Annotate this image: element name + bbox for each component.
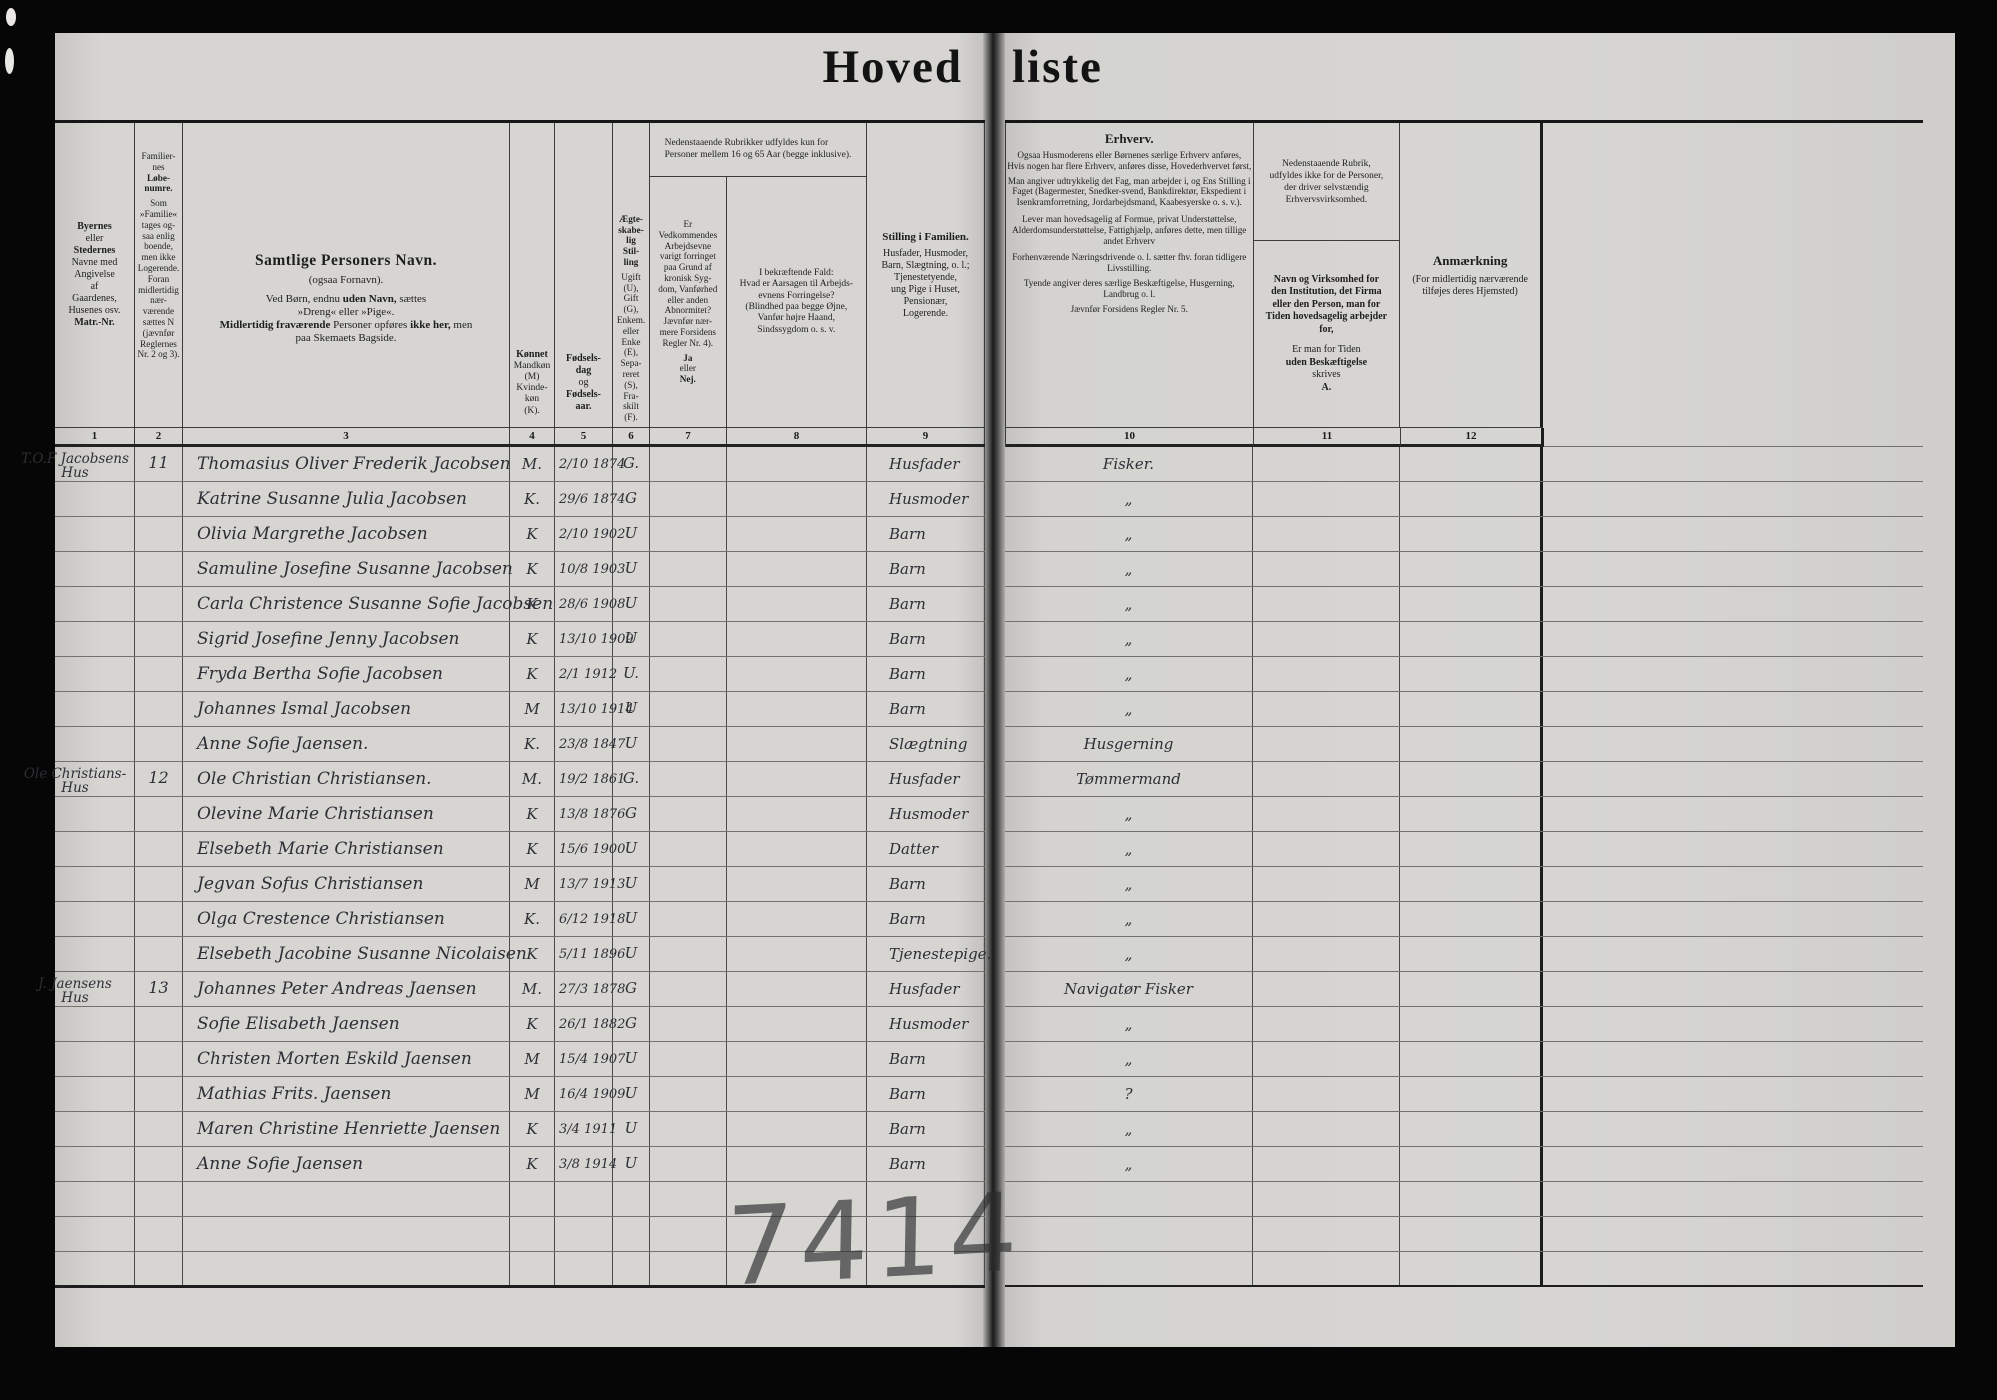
column-number: 4: [510, 428, 555, 444]
table-header-left: Byernes eller Stedernes Navne med Angive…: [55, 120, 985, 428]
cell-occupation: „: [1005, 692, 1253, 726]
cell-employer: [1253, 447, 1400, 481]
cell-name: Elsebeth Jacobine Susanne Nicolaisen: [183, 937, 510, 971]
cell-family-number: 12: [135, 762, 183, 796]
cell-family-position: Barn: [867, 867, 985, 901]
cell-impairment-cause: [727, 937, 867, 971]
cell-employer: [1253, 552, 1400, 586]
header-text: Fødsels- dag: [566, 353, 601, 377]
cell-family-position: Barn: [867, 517, 985, 551]
table-row-right: „: [1005, 867, 1923, 902]
cell-marital-status: G: [613, 972, 650, 1006]
header-col-occupation: Erhverv. Ogsaa Husmoderens eller Børnene…: [1006, 123, 1254, 427]
cell-name: Samuline Josefine Susanne Jacobsen: [183, 552, 510, 586]
cell-family-number: [135, 1147, 183, 1181]
header-text: Hvis nogen har flere Erhverv, anføres di…: [1007, 161, 1251, 172]
cell-work-impairment: [650, 622, 727, 656]
header-text: Husfader, Husmoder, Barn, Slægtning, o. …: [881, 248, 969, 320]
header-text: Løbe- numre.: [144, 173, 172, 195]
table-row-right: „: [1005, 902, 1923, 937]
cell-birthdate: 15/6 1900: [555, 832, 613, 866]
cell-work-impairment: [650, 517, 727, 551]
cell-name: Sigrid Josefine Jenny Jacobsen: [183, 622, 510, 656]
cell-impairment-cause: [727, 1042, 867, 1076]
table-row-right: [1005, 1217, 1923, 1252]
cell-family-number: [135, 482, 183, 516]
cell-sex: K: [510, 517, 555, 551]
cell-birthdate: 29/6 1874: [555, 482, 613, 516]
cell-name: Johannes Ismal Jacobsen: [183, 692, 510, 726]
cell-impairment-cause: [727, 657, 867, 691]
header-col-birthdate: Fødsels- dag og Fødsels- aar.: [555, 123, 613, 427]
cell-birthdate: 13/10 1914: [555, 692, 613, 726]
cell-remarks: [1400, 447, 1543, 481]
cell-employer: [1253, 762, 1400, 796]
column-number: 5: [555, 428, 613, 444]
table-row-right: „: [1005, 692, 1923, 727]
cell-employer: [1253, 1252, 1400, 1286]
cell-place: [55, 937, 135, 971]
column-number: 1: [55, 428, 135, 444]
cell-place: [55, 1077, 135, 1111]
cell-remarks: [1400, 1217, 1543, 1251]
cell-name: Christen Morten Eskild Jaensen: [183, 1042, 510, 1076]
cell-work-impairment: [650, 1182, 727, 1216]
cell-sex: K.: [510, 727, 555, 761]
table-row-left: Ole Christians- Hus 12 Ole Christian Chr…: [55, 762, 985, 797]
cell-remarks: [1400, 797, 1543, 831]
cell-place: [55, 1217, 135, 1251]
cell-place: [55, 1007, 135, 1041]
cell-work-impairment: [650, 1042, 727, 1076]
cell-sex: K: [510, 622, 555, 656]
cell-place: [55, 552, 135, 586]
cell-employer: [1253, 832, 1400, 866]
cell-work-impairment: [650, 692, 727, 726]
cell-work-impairment: [650, 447, 727, 481]
header-text: og: [579, 377, 589, 389]
header-col-family-number: Familier- nes Løbe- numre. Som »Familie«…: [135, 123, 183, 427]
cell-impairment-cause: [727, 867, 867, 901]
cell-place: [55, 1042, 135, 1076]
margin-area: [1543, 552, 1923, 586]
cell-remarks: [1400, 1252, 1543, 1286]
cell-family-number: [135, 1182, 183, 1216]
cell-work-impairment: [650, 727, 727, 761]
cell-sex: K: [510, 937, 555, 971]
cell-place: [55, 727, 135, 761]
cell-occupation: „: [1005, 482, 1253, 516]
film-speck: [6, 8, 16, 26]
cell-employer: [1253, 727, 1400, 761]
cell-remarks: [1400, 482, 1543, 516]
cell-employer: [1253, 517, 1400, 551]
header-text: Er Vedkommendes Arbejdsevne varigt forri…: [658, 219, 717, 349]
margin-area: [1543, 447, 1923, 481]
table-row-right: „: [1005, 482, 1923, 517]
cell-family-position: Barn: [867, 1112, 985, 1146]
cell-birthdate: [555, 1182, 613, 1216]
cell-work-impairment: [650, 1007, 727, 1041]
table-row-right: „: [1005, 832, 1923, 867]
cell-family-number: [135, 622, 183, 656]
table-row-right: „: [1005, 797, 1923, 832]
table-row-left: Olga Crestence Christiansen K. 6/12 1918…: [55, 902, 985, 937]
cell-impairment-cause: [727, 727, 867, 761]
cell-employer: [1253, 482, 1400, 516]
margin-area: [1543, 1042, 1923, 1076]
margin-area: [1543, 972, 1923, 1006]
cell-name: Elsebeth Marie Christiansen: [183, 832, 510, 866]
page-title-right: liste: [1012, 40, 1103, 94]
cell-employer: [1253, 1007, 1400, 1041]
table-row-right: „: [1005, 937, 1923, 972]
cell-remarks: [1400, 692, 1543, 726]
header-col-impairment-cause: I bekræftende Fald: Hvad er Aarsagen til…: [727, 177, 866, 427]
cell-remarks: [1400, 832, 1543, 866]
cell-family-number: [135, 1007, 183, 1041]
cell-work-impairment: [650, 937, 727, 971]
cell-work-impairment: [650, 902, 727, 936]
cell-name: Thomasius Oliver Frederik Jacobsen: [183, 447, 510, 481]
cell-marital-status: U: [613, 867, 650, 901]
cell-place: [55, 832, 135, 866]
cell-place: [55, 622, 135, 656]
header-text: Tyende angiver deres særlige Beskæftigel…: [1006, 278, 1253, 300]
header-text: skrives: [1312, 369, 1340, 382]
cell-occupation: [1005, 1182, 1253, 1216]
cell-remarks: [1400, 867, 1543, 901]
table-header-right: Erhverv. Ogsaa Husmoderens eller Børnene…: [1005, 123, 1543, 428]
margin-area: [1543, 692, 1923, 726]
header-col-remarks: Anmærkning (For midlertidig nærværende t…: [1400, 123, 1543, 427]
cell-place: [55, 482, 135, 516]
cell-impairment-cause: [727, 972, 867, 1006]
table-row-right: „: [1005, 1112, 1923, 1147]
cell-work-impairment: [650, 832, 727, 866]
cell-work-impairment: [650, 1217, 727, 1251]
cell-remarks: [1400, 727, 1543, 761]
cell-name: Fryda Bertha Sofie Jacobsen: [183, 657, 510, 691]
cell-place: [55, 867, 135, 901]
header-group-note: Nedenstaaende Rubrik, udfyldes ikke for …: [1254, 123, 1400, 241]
cell-family-position: Barn: [867, 902, 985, 936]
cell-impairment-cause: [727, 447, 867, 481]
column-numbers-left: 1 2 3 4 5 6 7 8 9: [55, 428, 985, 447]
cell-marital-status: U: [613, 727, 650, 761]
table-row-right: „: [1005, 1007, 1923, 1042]
margin-area: [1543, 1217, 1923, 1251]
cell-place: J. Jaensens Hus: [55, 972, 135, 1006]
cell-impairment-cause: [727, 482, 867, 516]
cell-birthdate: 6/12 1918: [555, 902, 613, 936]
cell-family-position: Barn: [867, 587, 985, 621]
cell-name: Maren Christine Henriette Jaensen: [183, 1112, 510, 1146]
cell-remarks: [1400, 517, 1543, 551]
cell-family-number: [135, 727, 183, 761]
cell-remarks: [1400, 587, 1543, 621]
table-row-left: Carla Christence Susanne Sofie Jacobsen …: [55, 587, 985, 622]
cell-marital-status: G: [613, 482, 650, 516]
cell-marital-status: G.: [613, 762, 650, 796]
cell-work-impairment: [650, 657, 727, 691]
cell-sex: M.: [510, 447, 555, 481]
header-text: Som »Familie« tages og- saa enlig boende…: [137, 198, 179, 360]
column-number: 6: [613, 428, 650, 444]
cell-employer: [1253, 1077, 1400, 1111]
margin-area: [1543, 1007, 1923, 1041]
cell-remarks: [1400, 937, 1543, 971]
header-text: I bekræftende Fald: Hvad er Aarsagen til…: [740, 268, 853, 336]
header-text: Ved Børn, endnu uden Navn, sættes: [266, 293, 426, 306]
cell-impairment-cause: [727, 692, 867, 726]
table-row-left: Katrine Susanne Julia Jacobsen K. 29/6 1…: [55, 482, 985, 517]
header-text: Man angiver udtrykkelig det Fag, man arb…: [1006, 176, 1253, 208]
cell-occupation: „: [1005, 517, 1253, 551]
margin-area: [1543, 1077, 1923, 1111]
header-text: Stilling i Familien.: [882, 231, 968, 244]
cell-work-impairment: [650, 762, 727, 796]
cell-family-position: Barn: [867, 552, 985, 586]
cell-employer: [1253, 867, 1400, 901]
cell-name: [183, 1252, 510, 1286]
cell-marital-status: U: [613, 902, 650, 936]
cell-family-position: Barn: [867, 657, 985, 691]
header-text: Erhverv.: [1105, 131, 1154, 146]
cell-remarks: [1400, 762, 1543, 796]
header-text: uden Beskæftigelse: [1286, 357, 1367, 370]
cell-work-impairment: [650, 867, 727, 901]
table-row-left: Mathias Frits. Jaensen M 16/4 1909 U Bar…: [55, 1077, 985, 1112]
column-numbers-right: 10 11 12: [1005, 428, 1923, 447]
cell-place: [55, 692, 135, 726]
header-text: (ogsaa Fornavn).: [309, 274, 384, 287]
table-row-left: J. Jaensens Hus 13 Johannes Peter Andrea…: [55, 972, 985, 1007]
header-text: Midlertidig fraværende Personer opføres …: [220, 319, 473, 332]
cell-birthdate: 26/1 1882: [555, 1007, 613, 1041]
cell-sex: K: [510, 1112, 555, 1146]
header-text: Ja: [683, 353, 692, 364]
table-row-left: Anne Sofie Jaensen K 3/8 1914 U Barn: [55, 1147, 985, 1182]
cell-family-number: [135, 902, 183, 936]
table-row-left: Samuline Josefine Susanne Jacobsen K 10/…: [55, 552, 985, 587]
margin-area: [1543, 587, 1923, 621]
cell-family-number: [135, 1217, 183, 1251]
cell-marital-status: G: [613, 797, 650, 831]
margin-area: [1543, 1112, 1923, 1146]
header-text: Er man for Tiden: [1292, 344, 1361, 357]
header-text: (For midlertidig nærværende tilføjes der…: [1412, 274, 1528, 298]
cell-employer: [1253, 1182, 1400, 1216]
cell-birthdate: 2/1 1912: [555, 657, 613, 691]
header-text: Navne med Angivelse af Gaardenes, Husene…: [68, 257, 120, 317]
margin-area: [1543, 657, 1923, 691]
cell-sex: K: [510, 797, 555, 831]
margin-area: [1543, 517, 1923, 551]
cell-impairment-cause: [727, 517, 867, 551]
cell-place: Ole Christians- Hus: [55, 762, 135, 796]
cell-place: [55, 902, 135, 936]
cell-occupation: ?: [1005, 1077, 1253, 1111]
cell-marital-status: U: [613, 587, 650, 621]
cell-occupation: [1005, 1252, 1253, 1286]
cell-marital-status: U: [613, 622, 650, 656]
header-col-work-impairment: Er Vedkommendes Arbejdsevne varigt forri…: [650, 177, 727, 427]
cell-employer: [1253, 1147, 1400, 1181]
cell-remarks: [1400, 902, 1543, 936]
margin-area: [1543, 797, 1923, 831]
cell-work-impairment: [650, 587, 727, 621]
cell-family-position: Barn: [867, 1042, 985, 1076]
cell-occupation: Navigatør Fisker: [1005, 972, 1253, 1006]
cell-family-number: 13: [135, 972, 183, 1006]
cell-family-number: [135, 1252, 183, 1286]
column-number: 10: [1006, 428, 1254, 447]
cell-employer: [1253, 1042, 1400, 1076]
cell-occupation: „: [1005, 1112, 1253, 1146]
cell-sex: K: [510, 1007, 555, 1041]
cell-name: Olga Crestence Christiansen: [183, 902, 510, 936]
cell-family-position: Husfader: [867, 447, 985, 481]
cell-occupation: „: [1005, 1042, 1253, 1076]
margin-area: [1543, 762, 1923, 796]
cell-marital-status: U: [613, 552, 650, 586]
cell-impairment-cause: [727, 1147, 867, 1181]
cell-work-impairment: [650, 552, 727, 586]
table-body-left: T.O.F Jacobsens Hus 11 Thomasius Oliver …: [55, 447, 985, 1287]
header-group-work-ability: Nedenstaaende Rubrikker udfyldes kun for…: [650, 123, 867, 427]
cell-family-number: [135, 1077, 183, 1111]
cell-occupation: „: [1005, 797, 1253, 831]
cell-work-impairment: [650, 1252, 727, 1286]
header-text: Stedernes: [74, 245, 116, 257]
table-row-right: ?: [1005, 1077, 1923, 1112]
cell-marital-status: U: [613, 832, 650, 866]
cell-work-impairment: [650, 1077, 727, 1111]
cell-name: Ole Christian Christiansen.: [183, 762, 510, 796]
header-text: Anmærkning: [1433, 253, 1507, 268]
cell-birthdate: 3/8 1914: [555, 1147, 613, 1181]
header-text: eller: [86, 233, 104, 245]
header-text: Ogsaa Husmoderens eller Børnenes særlige…: [1017, 150, 1241, 161]
cell-family-number: 11: [135, 447, 183, 481]
cell-occupation: „: [1005, 867, 1253, 901]
cell-marital-status: [613, 1182, 650, 1216]
column-number: 12: [1401, 428, 1544, 447]
cell-marital-status: U: [613, 1077, 650, 1111]
cell-marital-status: U: [613, 937, 650, 971]
cell-birthdate: 13/8 1876: [555, 797, 613, 831]
table-row-right: Fisker.: [1005, 447, 1923, 482]
cell-occupation: „: [1005, 832, 1253, 866]
margin-area: [1543, 1182, 1923, 1216]
cell-family-position: Slægtning: [867, 727, 985, 761]
cell-sex: K: [510, 657, 555, 691]
header-text: Navn og Virksomhed for den Institution, …: [1266, 274, 1387, 337]
cell-remarks: [1400, 972, 1543, 1006]
table-row-right: „: [1005, 587, 1923, 622]
table-row-left: Jegvan Sofus Christiansen M 13/7 1913 U …: [55, 867, 985, 902]
table-row-left: Sigrid Josefine Jenny Jacobsen K 13/10 1…: [55, 622, 985, 657]
cell-name: Jegvan Sofus Christiansen: [183, 867, 510, 901]
cell-birthdate: 13/10 1909: [555, 622, 613, 656]
cell-work-impairment: [650, 1147, 727, 1181]
cell-family-position: Husfader: [867, 762, 985, 796]
cell-sex: M: [510, 692, 555, 726]
cell-marital-status: U: [613, 1112, 650, 1146]
cell-employer: [1253, 972, 1400, 1006]
cell-family-number: [135, 587, 183, 621]
cell-marital-status: G.: [613, 447, 650, 481]
table-row-right: Husgerning: [1005, 727, 1923, 762]
cell-name: Carla Christence Susanne Sofie Jacobsen: [183, 587, 510, 621]
cell-family-number: [135, 692, 183, 726]
header-text: Matr.-Nr.: [74, 317, 114, 329]
table-row-left: Johannes Ismal Jacobsen M 13/10 1914 U B…: [55, 692, 985, 727]
cell-place: [55, 1252, 135, 1286]
cell-sex: M.: [510, 762, 555, 796]
cell-sex: K: [510, 1147, 555, 1181]
cell-place: [55, 1182, 135, 1216]
cell-sex: K.: [510, 482, 555, 516]
cell-name: Johannes Peter Andreas Jaensen: [183, 972, 510, 1006]
header-text: »Dreng« eller »Pige«.: [298, 306, 395, 319]
cell-marital-status: U: [613, 1147, 650, 1181]
cell-birthdate: 2/10 1902: [555, 517, 613, 551]
header-group-note: Nedenstaaende Rubrikker udfyldes kun for…: [650, 123, 866, 177]
margin-area: [1543, 937, 1923, 971]
cell-remarks: [1400, 1147, 1543, 1181]
table-bottomline-right: [1005, 1285, 1923, 1287]
cell-place: [55, 1147, 135, 1181]
cell-sex: K.: [510, 902, 555, 936]
table-row-right: Tømmermand: [1005, 762, 1923, 797]
cell-marital-status: U.: [613, 657, 650, 691]
table-row-right: „: [1005, 622, 1923, 657]
header-text: Ugift (U), Gift (G), Enkem. eller Enke (…: [617, 272, 645, 423]
header-text: Lever man hovedsagelig af Formue, privat…: [1006, 214, 1253, 246]
table-row-left: Olivia Margrethe Jacobsen K 2/10 1902 U …: [55, 517, 985, 552]
cell-remarks: [1400, 552, 1543, 586]
cell-marital-status: U: [613, 692, 650, 726]
cell-work-impairment: [650, 1112, 727, 1146]
cell-occupation: „: [1005, 1147, 1253, 1181]
cell-employer: [1253, 797, 1400, 831]
cell-occupation: Tømmermand: [1005, 762, 1253, 796]
cell-employer: [1253, 692, 1400, 726]
table-row-left: Christen Morten Eskild Jaensen M 15/4 19…: [55, 1042, 985, 1077]
cell-impairment-cause: [727, 832, 867, 866]
header-col-name: Samtlige Personers Navn. (ogsaa Fornavn)…: [183, 123, 510, 427]
cell-sex: K: [510, 587, 555, 621]
cell-place: [55, 1112, 135, 1146]
cell-sex: M: [510, 1077, 555, 1111]
margin-area: [1544, 428, 1923, 447]
table-body-right: Fisker. „ „ „ „ „ „: [1005, 447, 1923, 1287]
cell-work-impairment: [650, 482, 727, 516]
header-text: Kønnet: [516, 349, 548, 361]
column-number: 3: [183, 428, 510, 444]
cell-name: Katrine Susanne Julia Jacobsen: [183, 482, 510, 516]
header-text: Samtlige Personers Navn.: [255, 252, 437, 270]
table-row-right: Navigatør Fisker: [1005, 972, 1923, 1007]
cell-sex: M.: [510, 972, 555, 1006]
cell-family-number: [135, 1112, 183, 1146]
cell-marital-status: G: [613, 1007, 650, 1041]
header-text: Familier- nes: [141, 151, 175, 173]
table-row-left: Olevine Marie Christiansen K 13/8 1876 G…: [55, 797, 985, 832]
cell-birthdate: 27/3 1878: [555, 972, 613, 1006]
